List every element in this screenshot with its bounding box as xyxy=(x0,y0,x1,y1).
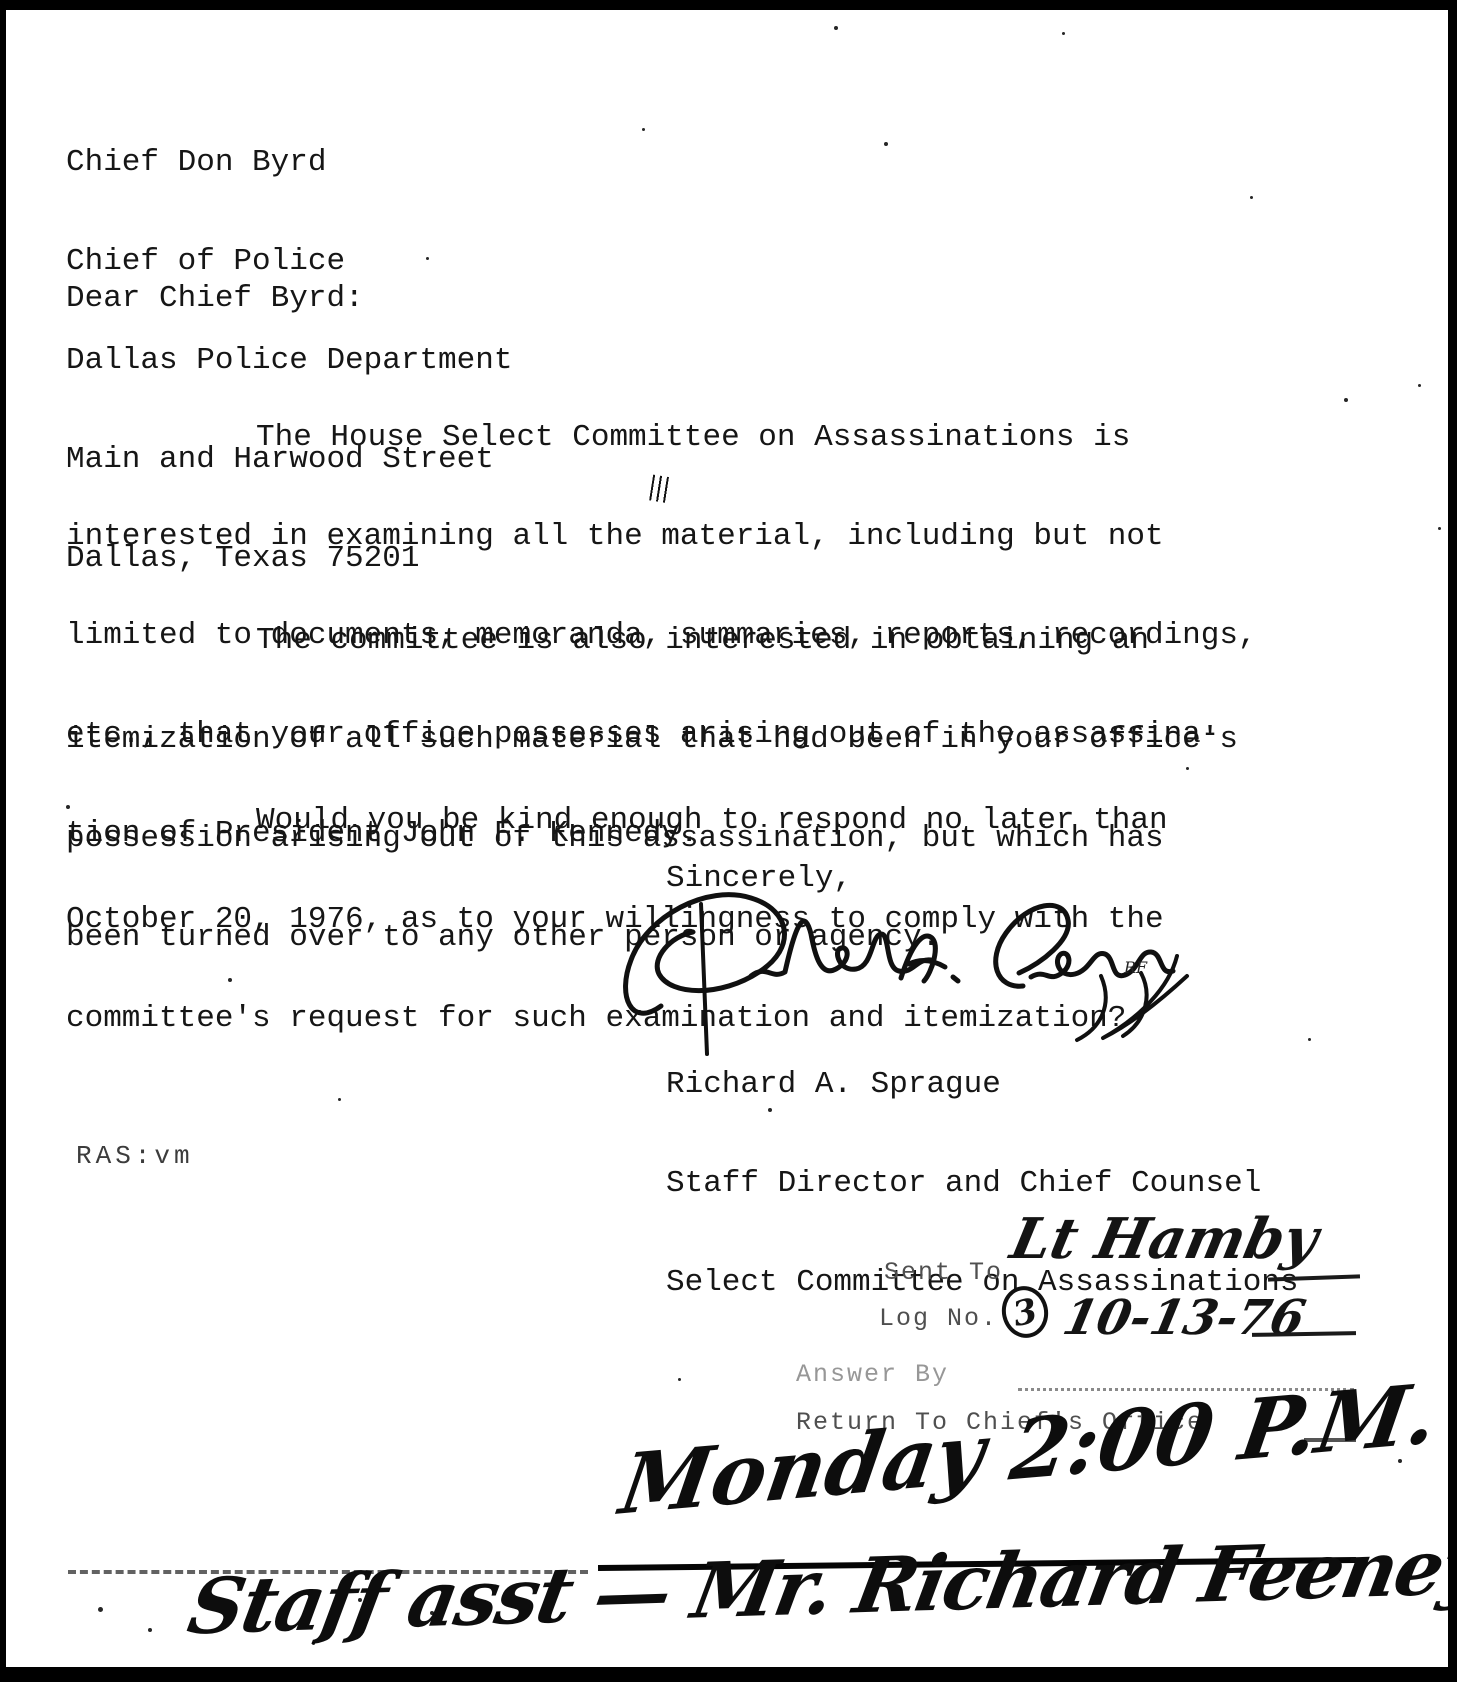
noise-speck xyxy=(148,1628,152,1632)
noise-speck xyxy=(1344,398,1348,402)
noise-speck xyxy=(66,805,70,809)
noise-speck xyxy=(642,128,645,131)
stamp-sent-to-label: Sent To xyxy=(884,1258,1003,1287)
noise-speck xyxy=(884,142,888,146)
noise-speck xyxy=(228,978,232,982)
stamp-line xyxy=(1252,1331,1356,1337)
stamp-log-no-label: Log No. xyxy=(879,1304,998,1333)
handwritten-routing-note: Staff asst — Mr. Richard Feeney xyxy=(182,1521,1457,1651)
salutation: Dear Chief Byrd: xyxy=(66,282,364,315)
noise-speck xyxy=(678,1378,681,1381)
signer-title: Staff Director and Chief Counsel xyxy=(666,1167,1299,1200)
body-line: The House Select Committee on Assassinat… xyxy=(66,421,1257,454)
stamp-sent-to-value: Lt Hamby xyxy=(1005,1206,1324,1272)
noise-speck xyxy=(1398,1459,1402,1463)
stamp-log-no-date: 10-13-76 xyxy=(1058,1290,1310,1346)
noise-speck xyxy=(768,1108,772,1112)
stamp-log-no-circled: 3 xyxy=(1002,1286,1048,1338)
noise-speck xyxy=(1186,767,1189,770)
body-line: Would you be kind enough to respond no l… xyxy=(66,804,1168,837)
closing: Sincerely, xyxy=(666,862,852,895)
noise-speck xyxy=(98,1607,103,1612)
scanned-letter-page: Chief Don Byrd Chief of Police Dallas Po… xyxy=(0,0,1457,1682)
recipient-line: Chief Don Byrd xyxy=(66,146,512,179)
noise-speck xyxy=(1418,384,1421,387)
noise-speck xyxy=(338,1098,341,1101)
stamp-answer-by-label: Answer By xyxy=(796,1360,949,1389)
noise-speck xyxy=(358,1598,362,1602)
noise-speck xyxy=(1438,527,1441,530)
body-line: October 20, 1976, as to your willingness… xyxy=(66,903,1168,936)
ink-smudge xyxy=(649,475,673,504)
noise-speck xyxy=(1308,1038,1311,1041)
noise-speck xyxy=(834,26,838,30)
reference-initials: RAS:vm xyxy=(76,1140,194,1173)
noise-speck xyxy=(426,257,429,260)
body-line: The committee is also interested in obta… xyxy=(66,624,1238,657)
noise-speck xyxy=(430,1611,434,1615)
signer-name: Richard A. Sprague xyxy=(666,1068,1299,1101)
recipient-line: Chief of Police xyxy=(66,245,512,278)
noise-speck xyxy=(312,1642,315,1645)
noise-speck xyxy=(1250,196,1253,199)
signer-initials: RF xyxy=(1124,958,1147,977)
body-line: interested in examining all the material… xyxy=(66,520,1257,553)
noise-speck xyxy=(1062,32,1065,35)
